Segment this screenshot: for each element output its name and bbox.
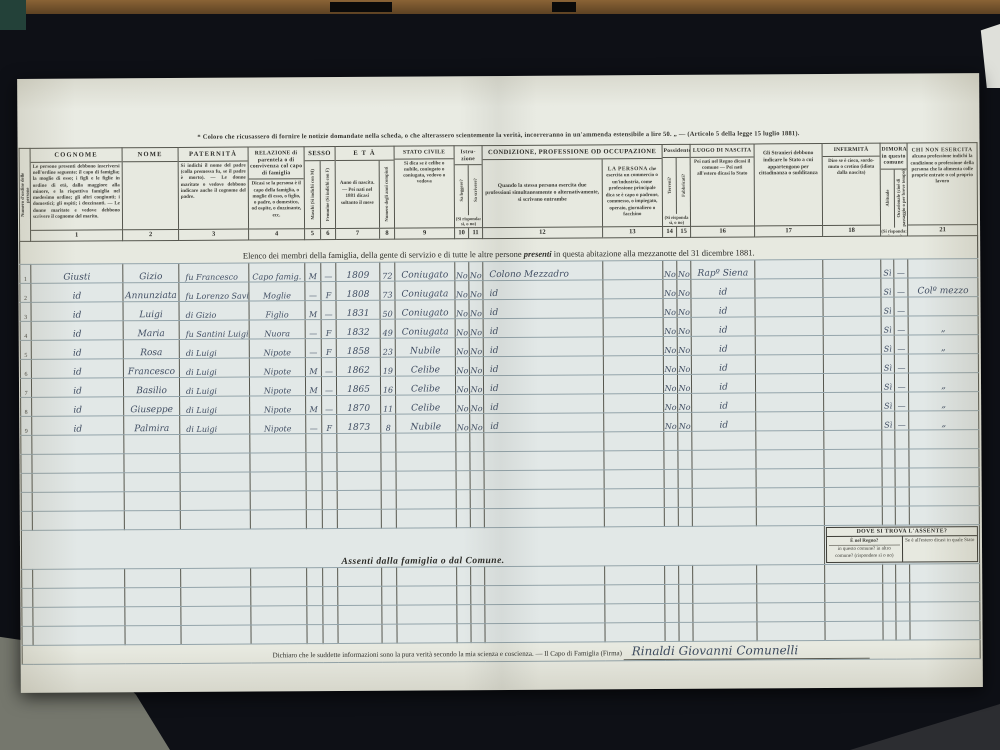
cell-eta: 73: [380, 281, 395, 300]
cell-anno-nascita: 1862: [336, 357, 380, 376]
cell-persona-13: [604, 394, 664, 413]
cell-chi-alimenta: „: [908, 316, 978, 335]
cell-anno-nascita: 1865: [336, 376, 380, 395]
col-header-dimora: DIMORA in questo comune Abituale Occasio…: [880, 143, 908, 236]
cell-eta: 23: [380, 338, 395, 357]
cell-paternita: di Luigi: [179, 377, 249, 396]
cell-chi-alimenta: „: [908, 335, 978, 354]
cell-chi-alimenta: [908, 354, 978, 373]
cell-anno-nascita: 1873: [337, 414, 381, 433]
cell-dimora-abituale: Sì: [881, 354, 894, 373]
cell-stranieri: [755, 355, 823, 374]
cell-luogo-nascita: id: [692, 412, 756, 431]
cell-paternita: fu Santini Luigi: [179, 320, 249, 339]
cell-dimora-occasionale: —: [894, 259, 908, 278]
cell-terreni: No: [663, 355, 677, 374]
cell-dimora-abituale: Sì: [881, 297, 894, 316]
cell-infermita: [823, 373, 881, 392]
cell-sa-leggere: No: [455, 319, 469, 338]
cell-eta: 16: [380, 376, 395, 395]
cell-fabbricati: No: [678, 412, 692, 431]
cell-sesso-f: F: [321, 282, 336, 301]
cell-numero: 4: [20, 321, 31, 340]
cell-luogo-nascita: id: [691, 279, 755, 298]
col-header-nome: NOME 2: [122, 147, 179, 240]
col-header-luogo-nascita: LUOGO DI NASCITA Pei nati nel Regno dica…: [690, 144, 755, 237]
cell-sa-scrivere: No: [469, 281, 483, 300]
cell-sesso-m: M: [306, 396, 322, 415]
cell-cognome: id: [31, 321, 123, 341]
cell-chi-alimenta: Colº mezzo: [908, 278, 978, 297]
cell-chi-alimenta: „: [909, 392, 979, 411]
cell-cognome: Giusti: [31, 264, 123, 284]
wood-shelf: [0, 0, 1000, 14]
cell-nome: Giuseppe: [124, 396, 180, 415]
cell-fabbricati: No: [677, 336, 691, 355]
col-header-paternita: PATERNITÀ Si indichi il nome del padre (…: [178, 147, 249, 240]
col-header-eta: E T À Anno di nascita. — Pei nati nel 18…: [335, 146, 395, 239]
abituale-label: Abituale: [885, 190, 890, 207]
cell-numero: 9: [21, 416, 32, 435]
cell-infermita: [823, 259, 881, 278]
sesso-m-label: Maschi (Si indichi con M): [309, 169, 314, 220]
cell-relazione: Nipote: [249, 377, 305, 396]
cell-nome: Maria: [123, 320, 179, 339]
cell-terreni: No: [663, 317, 677, 336]
cell-occupazione: id: [483, 337, 603, 357]
cell-nome: Gizio: [123, 263, 179, 282]
cell-sesso-m: —: [306, 415, 322, 434]
cell-sesso-m: —: [305, 282, 321, 301]
cell-stranieri: [755, 317, 823, 336]
cell-dimora-abituale: Sì: [882, 392, 895, 411]
col-header-istruzione: Istru-zione Sa leggere? Sa scrivere? (Si…: [454, 146, 483, 239]
cell-numero: 7: [20, 378, 31, 397]
absent-regno-cell: È nel Regno? in questo comune? in altro …: [827, 537, 903, 562]
col-header-chi-non-esercita: CHI NON ESERCITAalcuna professione indic…: [907, 143, 978, 236]
cell-fabbricati: No: [677, 374, 691, 393]
cell-numero: 5: [20, 340, 31, 359]
cell-sesso-f: —: [321, 376, 336, 395]
due-professioni-label: Quando la stessa persona esercita due pr…: [483, 180, 602, 206]
cell-luogo-nascita: id: [691, 298, 755, 317]
cell-fabbricati: No: [678, 393, 692, 412]
cell-relazione: Nuora: [249, 320, 305, 339]
cell-sesso-m: —: [305, 320, 321, 339]
cell-anno-nascita: 1831: [336, 300, 380, 319]
cell-occupazione: id: [483, 356, 603, 376]
cell-sa-scrivere: No: [470, 414, 484, 433]
cell-stranieri: [755, 298, 823, 317]
cell-nome: Basilio: [123, 377, 179, 396]
cell-fabbricati: No: [677, 279, 691, 298]
census-sheet: * Coloro che ricusassero di fornire le n…: [17, 73, 983, 693]
col-header-numero: Numero d'ordine delle persone: [19, 148, 31, 241]
cell-stato-civile: Nubile: [396, 414, 456, 433]
cell-stato-civile: Celibe: [396, 395, 456, 414]
cell-stranieri: [756, 412, 824, 431]
absent-estero-cell: Se è all'estero dicasi in quale Stato: [902, 536, 977, 561]
photo-scene: * Coloro che ricusassero di fornire le n…: [0, 0, 1000, 750]
cell-infermita: [824, 411, 882, 430]
cell-eta: 49: [380, 319, 395, 338]
cell-occupazione: Colono Mezzadro: [483, 261, 603, 281]
cell-dimora-occasionale: —: [894, 316, 908, 335]
cell-terreni: No: [663, 260, 677, 279]
cell-stranieri: [755, 279, 823, 298]
cell-persona-13: [603, 375, 663, 394]
cell-numero: 6: [20, 359, 31, 378]
cell-stranieri: [755, 336, 823, 355]
cell-persona-13: [603, 356, 663, 375]
cell-sesso-f: F: [322, 414, 337, 433]
cell-stato-civile: Coniugata: [395, 319, 455, 338]
cell-anno-nascita: 1832: [336, 319, 380, 338]
cell-dimora-occasionale: —: [894, 373, 908, 392]
cell-sa-scrivere: No: [469, 376, 483, 395]
cell-terreni: No: [664, 412, 678, 431]
absent-box-cell: DOVE SI TROVA L'ASSENTE? È nel Regno? in…: [824, 525, 979, 565]
shelf-slot: [330, 2, 392, 12]
head-of-family-signature: Rinaldi Giovanni Comunelli: [624, 642, 870, 660]
cell-persona-13: [603, 299, 663, 318]
assenti-title: Assenti dalla famiglia o dal Comune.: [21, 526, 824, 570]
absent-location-box: DOVE SI TROVA L'ASSENTE? È nel Regno? in…: [826, 526, 978, 563]
cell-paternita: di Luigi: [180, 415, 250, 434]
cell-relazione: Nipote: [250, 415, 306, 434]
cell-occupazione: id: [483, 280, 603, 300]
cell-dimora-abituale: Sì: [881, 316, 894, 335]
cell-sa-scrivere: No: [469, 357, 483, 376]
col-header-relazione: RELAZIONE di parentela o di convivenza c…: [248, 147, 305, 240]
cell-sesso-f: —: [321, 301, 336, 320]
cell-sa-scrivere: No: [469, 300, 483, 319]
col-header-cognome: COGNOME Le persone presenti debbono insc…: [30, 148, 123, 242]
cell-infermita: [824, 392, 882, 411]
cell-stato-civile: Coniugato: [395, 262, 455, 281]
sa-leggere-label: Sa leggere?: [459, 179, 464, 201]
cell-persona-13: [603, 261, 663, 280]
cell-stato-civile: Celibe: [395, 376, 455, 395]
shelf-slot: [552, 2, 576, 12]
cell-sesso-f: —: [322, 395, 337, 414]
col-header-stranieri: Gli Stranieri debbono indicare lo Stato …: [754, 144, 823, 237]
cell-persona-13: [604, 413, 664, 432]
cell-dimora-occasionale: —: [894, 354, 908, 373]
cell-dimora-occasionale: —: [894, 297, 908, 316]
cell-cognome: id: [31, 359, 123, 379]
cell-paternita: di Luigi: [179, 339, 249, 358]
cell-nome: Rosa: [123, 339, 179, 358]
cell-sesso-f: —: [321, 357, 336, 376]
cell-stato-civile: Celibe: [395, 357, 455, 376]
cell-dimora-abituale: Sì: [881, 373, 894, 392]
col-header-infermita: INFERMITÀ Dire se è cieco, sordo-muto o …: [822, 143, 881, 236]
col-header-stato-civile: STATO CIVILE Si dica se è celibe o nubil…: [394, 146, 455, 239]
cell-dimora-abituale: Sì: [881, 259, 894, 278]
cell-terreni: No: [663, 279, 677, 298]
declaration-text: Dichiaro che le suddette informazioni so…: [273, 649, 622, 659]
floor-corner-right: [850, 704, 1000, 750]
cell-stato-civile: Coniugata: [395, 281, 455, 300]
cell-paternita: fu Lorenzo Savini: [179, 282, 249, 301]
sesso-f-label: Femmine (Si indichi con F): [325, 168, 330, 221]
cell-relazione: Capo famig.: [249, 263, 305, 282]
cell-relazione: Nipote: [250, 396, 306, 415]
cell-sa-leggere: No: [456, 414, 470, 433]
cell-sa-leggere: No: [455, 281, 469, 300]
cell-sa-leggere: No: [456, 395, 470, 414]
cell-persona-13: [603, 337, 663, 356]
cell-fabbricati: No: [677, 298, 691, 317]
cell-sa-scrivere: No: [469, 319, 483, 338]
cell-fabbricati: No: [677, 260, 691, 279]
cell-nome: Luigi: [123, 301, 179, 320]
col-header-sesso: SESSO Maschi (Si indichi con M) Femmine …: [304, 147, 336, 240]
cell-eta: 8: [381, 414, 396, 433]
cell-fabbricati: No: [677, 355, 691, 374]
sa-scrivere-label: Sa scrivere?: [473, 178, 478, 202]
cell-fabbricati: No: [677, 317, 691, 336]
cell-sesso-f: F: [321, 319, 336, 338]
cell-stranieri: [755, 260, 823, 279]
cell-numero: 3: [20, 302, 31, 321]
cell-cognome: id: [31, 283, 123, 303]
cell-terreni: No: [663, 298, 677, 317]
cell-dimora-abituale: Sì: [881, 335, 894, 354]
cell-sa-leggere: No: [455, 262, 469, 281]
cell-infermita: [823, 297, 881, 316]
cell-sesso-f: —: [321, 263, 336, 282]
cell-paternita: di Luigi: [179, 358, 249, 377]
cell-occupazione: id: [483, 318, 603, 338]
cell-occupazione: id: [484, 394, 604, 414]
cell-cognome: id: [32, 397, 124, 417]
cell-chi-alimenta: [908, 259, 978, 278]
cell-cognome: id: [31, 378, 123, 398]
cell-sa-scrivere: No: [469, 338, 483, 357]
cell-luogo-nascita: id: [692, 393, 756, 412]
cell-sesso-m: —: [305, 339, 321, 358]
cell-sesso-m: M: [305, 263, 321, 282]
cell-occupazione: id: [483, 375, 603, 395]
cell-sesso-m: M: [305, 301, 321, 320]
cell-relazione: Nipote: [249, 339, 305, 358]
cell-infermita: [823, 316, 881, 335]
cell-dimora-occasionale: —: [895, 392, 909, 411]
col-header-possidente: Possidente Terreni? Fabbricati? (Si risp…: [662, 144, 691, 237]
cell-sa-scrivere: No: [469, 262, 483, 281]
cell-relazione: Moglie: [249, 282, 305, 301]
absent-table-body: [22, 563, 980, 645]
cell-paternita: di Gizio: [179, 301, 249, 320]
numero-label: Numero d'ordine delle persone: [20, 166, 30, 224]
cell-stranieri: [755, 374, 823, 393]
census-table: Numero d'ordine delle persone COGNOME Le…: [19, 142, 981, 665]
occasionale-label: Occasionale (cioè di passaggio o per bre…: [895, 169, 905, 227]
cell-dimora-occasionale: —: [895, 411, 909, 430]
cell-sa-leggere: No: [455, 300, 469, 319]
cell-infermita: [823, 278, 881, 297]
col-header-condizione: CONDIZIONE, PROFESSIONE OD OCCUPAZIONE Q…: [482, 145, 663, 239]
cell-relazione: Nipote: [249, 358, 305, 377]
cell-numero: 8: [21, 397, 32, 416]
cell-luogo-nascita: id: [691, 317, 755, 336]
cell-terreni: No: [663, 374, 677, 393]
cell-sa-leggere: No: [455, 338, 469, 357]
table-body: 1 Giusti Gizio fu Francesco Capo famig. …: [20, 259, 980, 531]
cell-cognome: id: [32, 416, 124, 436]
background-patch: [0, 0, 26, 30]
cell-eta: 11: [381, 395, 396, 414]
cell-sa-leggere: No: [455, 357, 469, 376]
cell-numero: 2: [20, 283, 31, 302]
cell-eta: 72: [380, 262, 395, 281]
cell-sa-leggere: No: [455, 376, 469, 395]
cell-luogo-nascita: id: [691, 336, 755, 355]
cell-anno-nascita: 1858: [336, 338, 380, 357]
anno-nascita-label: Anno di nascita. — Pei nati nel 1881 dic…: [336, 179, 379, 209]
cell-dimora-abituale: Sì: [882, 411, 895, 430]
cell-chi-alimenta: „: [908, 373, 978, 392]
terreni-label: Terreni?: [667, 177, 672, 194]
assenti-band: Assenti dalla famiglia o dal Comune. DOV…: [21, 525, 979, 570]
cell-infermita: [823, 354, 881, 373]
cell-anno-nascita: 1870: [337, 395, 381, 414]
cell-stato-civile: Nubile: [395, 338, 455, 357]
cell-sa-scrivere: No: [470, 395, 484, 414]
penalty-note: * Coloro che ricusassero di fornire le n…: [17, 73, 979, 142]
cell-luogo-nascita: id: [691, 355, 755, 374]
cell-cognome: id: [31, 302, 123, 322]
table-header: Numero d'ordine delle persone COGNOME Le…: [19, 143, 978, 242]
cell-dimora-abituale: Sì: [881, 278, 894, 297]
anni-compiuti-label: Numero degli anni compiuti: [384, 167, 389, 222]
cell-sesso-m: M: [305, 358, 321, 377]
cell-eta: 19: [380, 357, 395, 376]
cell-anno-nascita: 1809: [336, 262, 380, 281]
cell-eta: 50: [380, 300, 395, 319]
cell-terreni: No: [663, 336, 677, 355]
cell-relazione: Figlio: [249, 301, 305, 320]
cell-infermita: [823, 335, 881, 354]
cell-occupazione: id: [483, 299, 603, 319]
fabbricati-label: Fabbricati?: [681, 174, 686, 197]
cell-occupazione: id: [484, 413, 604, 433]
cell-persona-13: [603, 280, 663, 299]
cell-chi-alimenta: [908, 297, 978, 316]
cell-paternita: di Luigi: [180, 396, 250, 415]
cell-dimora-occasionale: —: [894, 278, 908, 297]
cell-paternita: fu Francesco: [179, 263, 249, 282]
cell-terreni: No: [664, 393, 678, 412]
cell-anno-nascita: 1808: [336, 281, 380, 300]
paper-edge-behind: [976, 24, 1000, 88]
cell-sesso-f: F: [321, 338, 336, 357]
cell-stranieri: [756, 393, 824, 412]
la-persona-label: LA PERSONA che esercita un commercio o u…: [602, 164, 662, 221]
cell-sesso-m: M: [305, 377, 321, 396]
cell-nome: Annunziata: [123, 282, 179, 301]
cell-cognome: id: [31, 340, 123, 360]
cell-chi-alimenta: „: [909, 411, 979, 430]
cell-dimora-occasionale: —: [894, 335, 908, 354]
cell-luogo-nascita: Rapº Siena: [691, 260, 755, 279]
cell-luogo-nascita: id: [691, 374, 755, 393]
cell-numero: 1: [20, 264, 31, 283]
cell-nome: Palmira: [124, 415, 180, 434]
cell-persona-13: [603, 318, 663, 337]
cell-stato-civile: Coniugato: [395, 300, 455, 319]
cell-nome: Francesco: [123, 358, 179, 377]
